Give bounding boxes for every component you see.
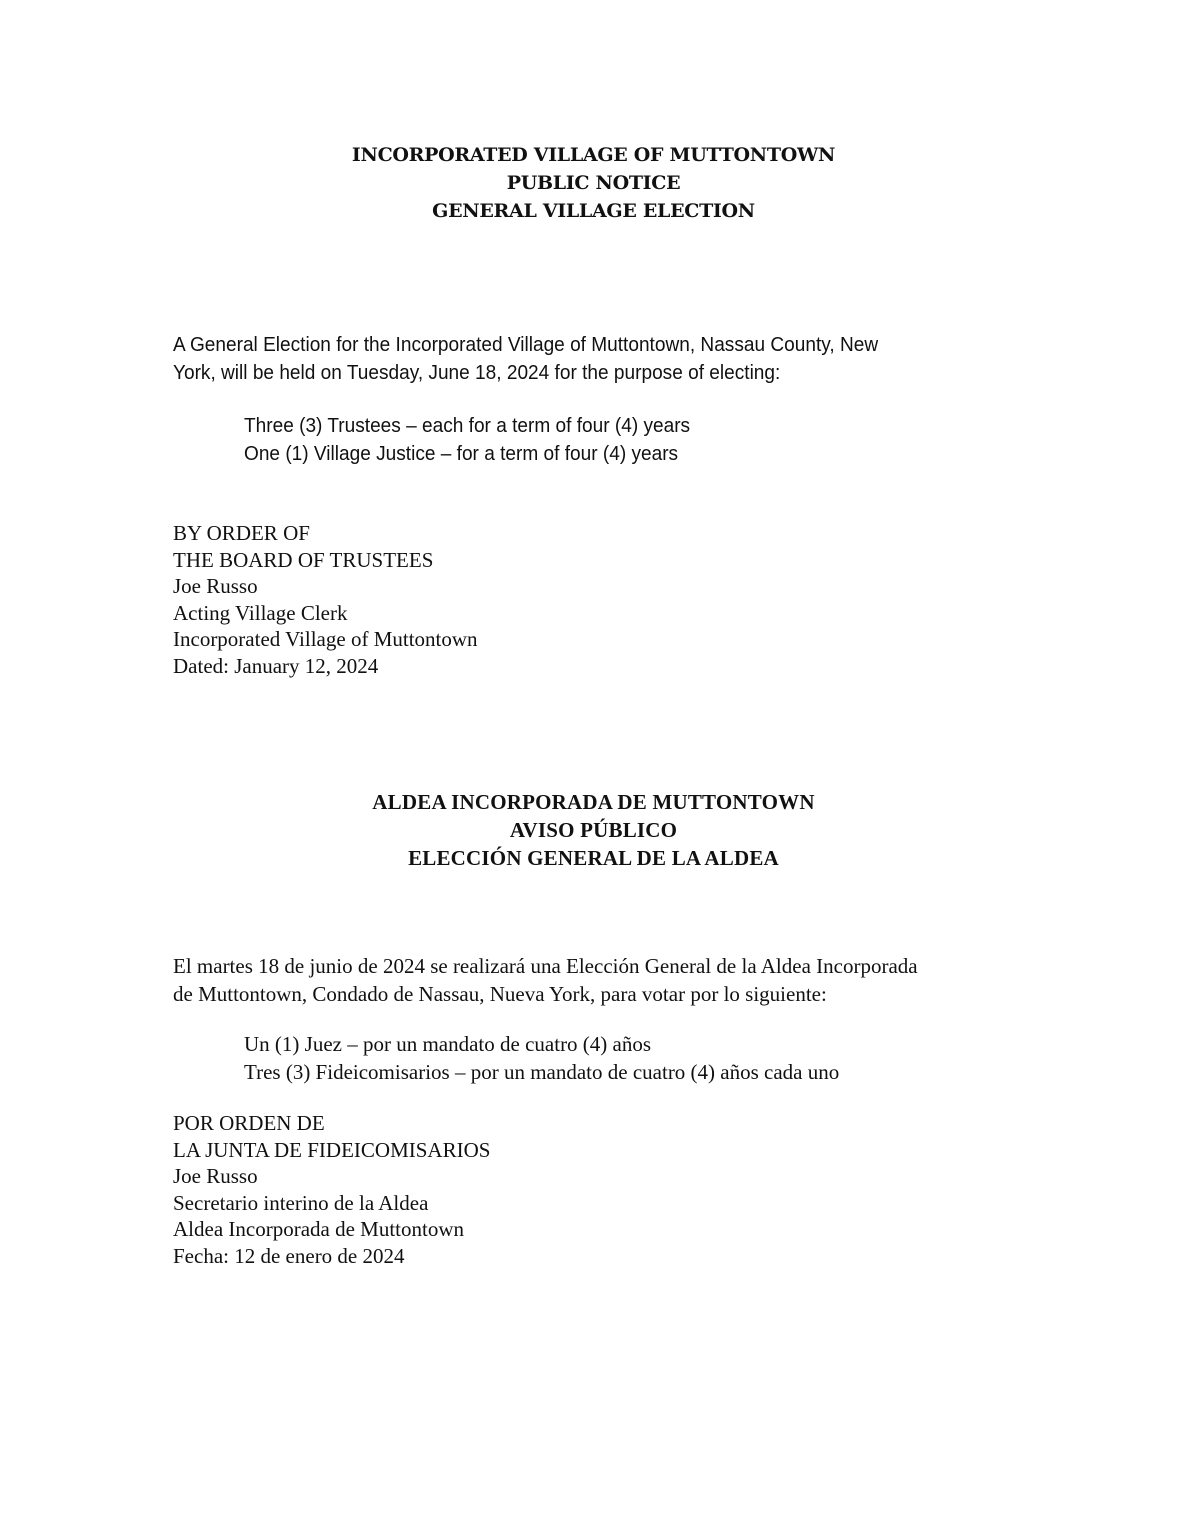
signature-line: Acting Village Clerk bbox=[173, 600, 478, 627]
english-signature-block: BY ORDER OF THE BOARD OF TRUSTEES Joe Ru… bbox=[173, 520, 478, 679]
english-paragraph-line: A General Election for the Incorporated … bbox=[173, 331, 1029, 359]
english-heading: INCORPORATED VILLAGE OF MUTTONTOWN PUBLI… bbox=[0, 141, 1187, 225]
spanish-paragraph-line: El martes 18 de junio de 2024 se realiza… bbox=[173, 952, 1033, 980]
english-heading-line: GENERAL VILLAGE ELECTION bbox=[0, 197, 1187, 225]
signature-line: LA JUNTA DE FIDEICOMISARIOS bbox=[173, 1137, 490, 1164]
signature-line: Joe Russo bbox=[173, 1163, 490, 1190]
english-paragraph: A General Election for the Incorporated … bbox=[173, 331, 1029, 387]
spanish-heading-line: AVISO PÚBLICO bbox=[0, 816, 1187, 844]
spanish-signature-block: POR ORDEN DE LA JUNTA DE FIDEICOMISARIOS… bbox=[173, 1110, 490, 1269]
spanish-paragraph-line: de Muttontown, Condado de Nassau, Nueva … bbox=[173, 980, 1033, 1008]
english-paragraph-line: York, will be held on Tuesday, June 18, … bbox=[173, 359, 1029, 387]
signature-line: Aldea Incorporada de Muttontown bbox=[173, 1216, 490, 1243]
signature-line: THE BOARD OF TRUSTEES bbox=[173, 547, 478, 574]
spanish-heading: ALDEA INCORPORADA DE MUTTONTOWN AVISO PÚ… bbox=[0, 788, 1187, 872]
english-positions-list: Three (3) Trustees – each for a term of … bbox=[244, 412, 690, 468]
spanish-heading-line: ALDEA INCORPORADA DE MUTTONTOWN bbox=[0, 788, 1187, 816]
spanish-positions-list: Un (1) Juez – por un mandato de cuatro (… bbox=[244, 1030, 839, 1086]
signature-line: Joe Russo bbox=[173, 573, 478, 600]
signature-line: Secretario interino de la Aldea bbox=[173, 1190, 490, 1217]
document-page: INCORPORATED VILLAGE OF MUTTONTOWN PUBLI… bbox=[0, 0, 1187, 1536]
english-heading-line: INCORPORATED VILLAGE OF MUTTONTOWN bbox=[0, 141, 1187, 169]
signature-line: Incorporated Village of Muttontown bbox=[173, 626, 478, 653]
signature-line: POR ORDEN DE bbox=[173, 1110, 490, 1137]
signature-line: BY ORDER OF bbox=[173, 520, 478, 547]
spanish-paragraph: El martes 18 de junio de 2024 se realiza… bbox=[173, 952, 1033, 1008]
spanish-position-item: Tres (3) Fideicomisarios – por un mandat… bbox=[244, 1058, 839, 1086]
english-position-item: One (1) Village Justice – for a term of … bbox=[244, 440, 690, 468]
english-position-item: Three (3) Trustees – each for a term of … bbox=[244, 412, 690, 440]
signature-date: Fecha: 12 de enero de 2024 bbox=[173, 1243, 490, 1270]
spanish-heading-line: ELECCIÓN GENERAL DE LA ALDEA bbox=[0, 844, 1187, 872]
english-heading-line: PUBLIC NOTICE bbox=[0, 169, 1187, 197]
spanish-position-item: Un (1) Juez – por un mandato de cuatro (… bbox=[244, 1030, 839, 1058]
signature-date: Dated: January 12, 2024 bbox=[173, 653, 478, 680]
